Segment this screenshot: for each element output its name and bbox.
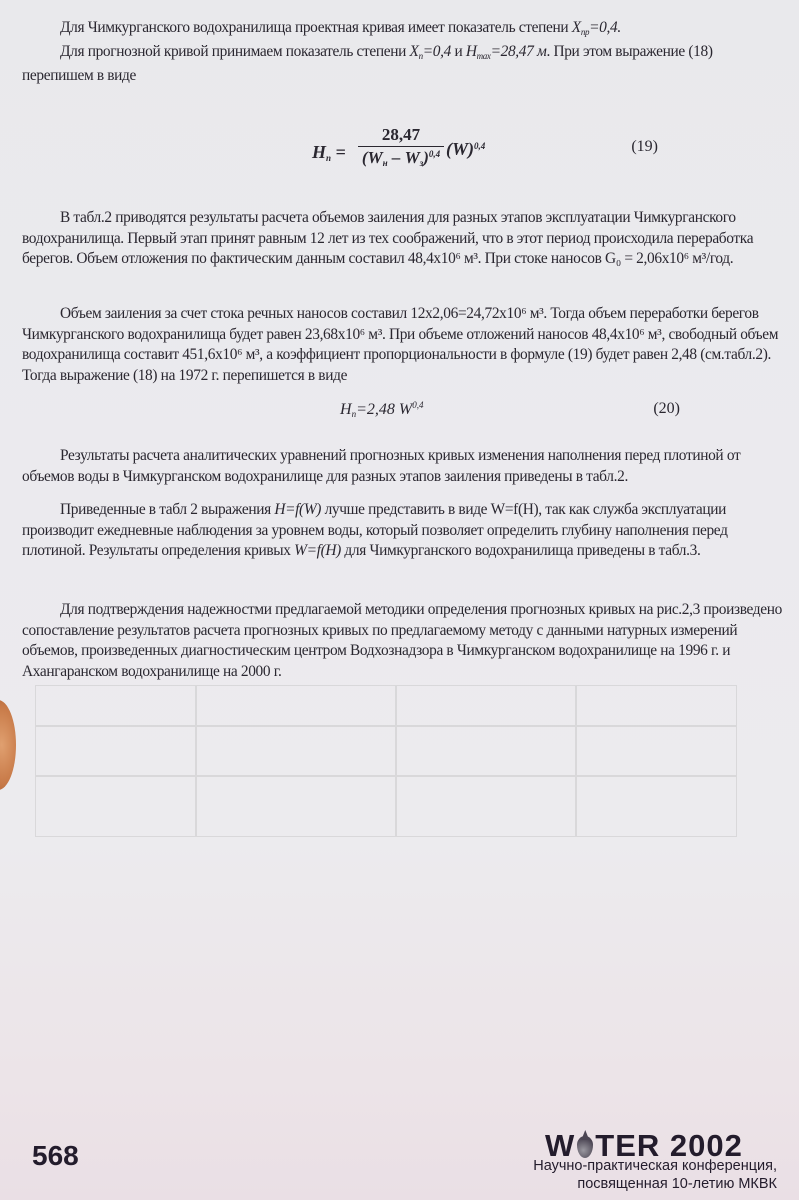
- sub: п: [326, 153, 331, 163]
- text: для Чимкурганского водохранилища приведе…: [341, 542, 701, 559]
- paragraph-3: В табл.2 приводятся результаты расчета о…: [22, 208, 782, 270]
- text: Для подтверждения надежностми предлагаем…: [22, 600, 782, 682]
- conference-dedication: посвященная 10-летию МКВК: [577, 1176, 777, 1192]
- bleed-through-table: [35, 665, 765, 840]
- paragraph-1: Для Чимкурганского водохранилища проектн…: [22, 18, 782, 87]
- paragraph-4: Объем заиления за счет стока речных нано…: [22, 304, 782, 386]
- text: (W): [446, 139, 474, 159]
- text: – W: [388, 148, 420, 167]
- equation-number: (20): [653, 400, 680, 418]
- text: Для Чимкурганского водохранилища проектн…: [60, 19, 572, 36]
- formula-rhs: (W)0,4: [446, 139, 485, 160]
- exp: 0,4: [474, 141, 485, 151]
- fraction: 28,47 (Wн – Wз)0,4: [358, 125, 444, 168]
- formula-20: Hп=2,48 W0,4 (20): [340, 400, 680, 419]
- text: В табл.2 приводятся результаты расчета о…: [22, 208, 782, 270]
- text: =2,48 W: [356, 401, 412, 418]
- value: =0,4: [423, 43, 451, 60]
- document-page: Для Чимкурганского водохранилища проектн…: [0, 0, 799, 1200]
- formula-inline: W=f(H): [294, 542, 341, 559]
- text: Для прогнозной кривой принимаем показате…: [60, 43, 410, 60]
- text: Объем заиления за счет стока речных нано…: [22, 304, 782, 386]
- page-number: 568: [32, 1140, 79, 1172]
- paragraph-5: Результаты расчета аналитических уравнен…: [22, 446, 782, 487]
- var-x: X: [572, 19, 581, 36]
- water-drop-icon: [577, 1136, 593, 1158]
- denominator: (Wн – Wз)0,4: [358, 147, 444, 168]
- var: H: [340, 401, 352, 418]
- numerator: 28,47: [358, 125, 444, 147]
- exp: 0,4: [412, 400, 423, 410]
- equation-number: (19): [631, 138, 658, 156]
- value: =28,47 м: [491, 43, 547, 60]
- sub: max: [477, 51, 491, 61]
- formula-lhs: Hп =: [312, 142, 346, 163]
- value: =0,4.: [589, 19, 621, 36]
- paragraph-2: Для прогнозной кривой принимаем показате…: [22, 42, 782, 87]
- var: H: [312, 142, 326, 162]
- text: Приведенные в табл 2 выражения: [60, 501, 274, 518]
- text: Результаты расчета аналитических уравнен…: [22, 446, 782, 487]
- finger-edge: [0, 700, 16, 790]
- text: и: [451, 43, 466, 60]
- formula-19: Hп = 28,47 (Wн – Wз)0,4 (W)0,4 (19): [312, 125, 672, 180]
- conference-subtitle: Научно-практическая конференция,: [533, 1158, 777, 1174]
- sub: пр: [581, 27, 589, 37]
- paragraph-7: Для подтверждения надежностми предлагаем…: [22, 600, 782, 682]
- var-x: X: [410, 43, 419, 60]
- text: (W: [362, 148, 383, 167]
- formula-inline: H=f(W): [274, 501, 321, 518]
- var-h: H: [466, 43, 477, 60]
- exp: 0,4: [429, 149, 440, 159]
- paragraph-6: Приведенные в табл 2 выражения H=f(W) лу…: [22, 500, 782, 562]
